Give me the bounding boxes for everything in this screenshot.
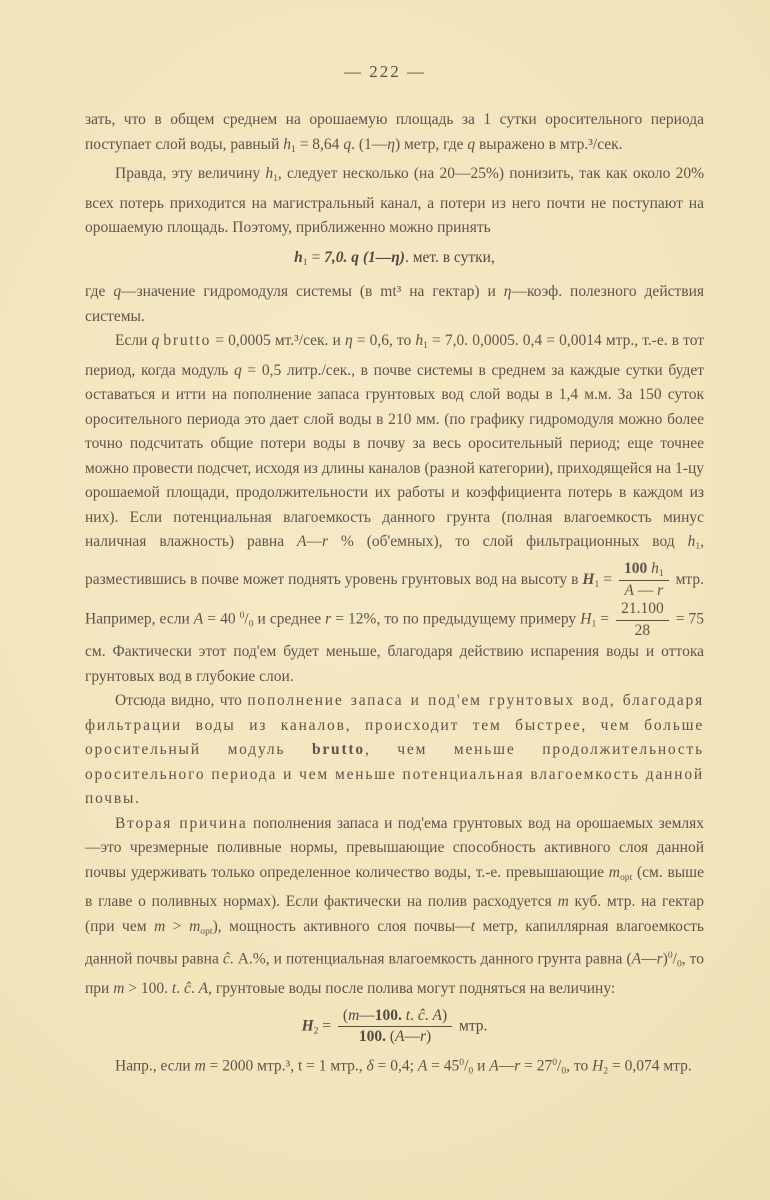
text-run: —значение гидромодуля системы (в mt³ на … xyxy=(121,283,504,300)
text-run: = 2000 мтр.³, t = 1 мтр., xyxy=(206,1057,367,1074)
fraction-denominator: 28 xyxy=(616,621,669,640)
text-run: 100 xyxy=(624,560,651,577)
paragraph: зать, что в общем среднем на орошаемую п… xyxy=(85,108,704,162)
text-run: = xyxy=(596,611,613,628)
display-formula: H2 = (m—100. t. ĉ. A)100. (A—r) мтр. xyxy=(85,1007,704,1047)
fraction-numerator: 21.100 xyxy=(616,600,669,620)
text-run: . А.%, и потенциальная влагоемкость данн… xyxy=(230,950,632,967)
text-run: h xyxy=(294,249,303,266)
text-run: . xyxy=(410,1007,418,1024)
text-run: — xyxy=(306,533,322,550)
text-run: . мет. в сутки, xyxy=(405,249,495,266)
text-run: brutto xyxy=(312,741,365,758)
text-run: Правда, эту величину xyxy=(115,165,265,182)
scanned-book-page: — 222 — зать, что в общем среднем на оро… xyxy=(0,0,770,1200)
text-run: Вторая причина xyxy=(115,815,248,832)
fraction: 21.10028 xyxy=(616,600,669,640)
fraction: 100 h1A — r xyxy=(619,560,669,601)
text-run: H xyxy=(582,571,594,588)
fraction: (m—100. t. ĉ. A)100. (A—r) xyxy=(338,1007,452,1047)
fraction-denominator: 100. (A—r) xyxy=(338,1027,452,1046)
fraction-denominator: A — r xyxy=(619,581,669,600)
text-run: h xyxy=(283,136,291,153)
text-run: = 40 xyxy=(203,611,239,628)
text-run: h xyxy=(651,560,659,577)
text-run: δ xyxy=(367,1057,374,1074)
text-run: 7,0. q (1—η) xyxy=(324,249,405,266)
text-run: , грунтовые воды после полива могут подн… xyxy=(208,980,615,997)
page-number: — 222 — xyxy=(0,0,770,82)
text-run: q xyxy=(343,136,351,153)
text-run: m xyxy=(195,1057,206,1074)
text-run: > 100. xyxy=(124,980,172,997)
text-run: выражено в мтр.³/сек. xyxy=(475,136,622,153)
paragraph: где q—значение гидромодуля системы (в mt… xyxy=(85,280,704,329)
text-run: = 12%, то по предыдущему примеру xyxy=(331,611,580,628)
text-run: = 8,64 xyxy=(296,136,344,153)
text-run: = 0,4; xyxy=(374,1057,418,1074)
text-run: . (1— xyxy=(351,136,387,153)
text-run: % (об'емных), то слой фильтрационных вод xyxy=(328,533,688,550)
text-run: A xyxy=(489,1057,498,1074)
text-run: q xyxy=(467,136,475,153)
text-run: — xyxy=(359,1007,375,1024)
text-run: H xyxy=(302,1017,314,1034)
text-run: H xyxy=(592,1057,603,1074)
text-run: > xyxy=(165,918,189,935)
text-run: ĉ xyxy=(223,950,230,967)
text-run: ( xyxy=(386,1028,395,1045)
text-run: Отсюда видно, что xyxy=(115,692,247,709)
text-run: opt xyxy=(620,872,632,883)
text-run: = 0,0005 мт.³/сек. и xyxy=(211,332,345,349)
text-run: — xyxy=(641,950,657,967)
text-run: ĉ xyxy=(418,1007,425,1024)
text-run: m xyxy=(154,918,165,935)
text-run: — xyxy=(404,1028,420,1045)
text-run: , то xyxy=(566,1057,592,1074)
text-run: brutto xyxy=(163,332,211,349)
text-run: и среднее xyxy=(254,611,326,628)
text-run: 100. xyxy=(359,1028,386,1045)
text-run: = xyxy=(599,571,616,588)
text-run: m xyxy=(113,980,124,997)
fraction-numerator: 100 h1 xyxy=(619,560,669,581)
text-run: A xyxy=(624,582,633,599)
text-run: m xyxy=(189,918,200,935)
text-run: = 0,074 мтр. xyxy=(608,1057,692,1074)
text-run: r xyxy=(657,582,663,599)
text-run: где xyxy=(85,283,113,300)
paragraph: Напр., если m = 2000 мтр.³, t = 1 мтр., … xyxy=(85,1051,704,1084)
text-run: Если xyxy=(115,332,151,349)
page-body: зать, что в общем среднем на орошаемую п… xyxy=(85,108,704,1084)
text-run: = xyxy=(308,249,325,266)
text-run: m xyxy=(348,1007,359,1024)
text-run: . xyxy=(191,980,199,997)
text-run: h xyxy=(415,332,423,349)
paragraph: Вторая причина пополнения запаса и под'е… xyxy=(85,812,704,1002)
text-run: 1 xyxy=(659,568,664,579)
text-run: = 27 xyxy=(520,1057,552,1074)
text-run: 21.100 xyxy=(621,600,664,617)
text-run: Напр., если xyxy=(115,1057,195,1074)
paragraph: Отсюда видно, что пополнение запаса и по… xyxy=(85,689,704,812)
text-run: = xyxy=(318,1017,335,1034)
text-run: m xyxy=(558,893,569,910)
display-formula: h1 = 7,0. q (1—η). мет. в сутки, xyxy=(85,246,704,276)
text-run: A xyxy=(194,611,203,628)
text-run: q xyxy=(113,283,121,300)
text-run: ), мощность активного слоя почвы— xyxy=(213,918,471,935)
fraction-numerator: (m—100. t. ĉ. A) xyxy=(338,1007,452,1027)
text-run: ) метр, где xyxy=(395,136,467,153)
text-run: A xyxy=(418,1057,427,1074)
text-run: m xyxy=(609,864,620,881)
text-run: ) xyxy=(442,1007,447,1024)
text-run: ) xyxy=(426,1028,431,1045)
text-run: ĉ xyxy=(184,980,191,997)
text-run: 28 xyxy=(635,622,651,639)
text-run: = 0,6, то xyxy=(353,332,416,349)
text-run: и xyxy=(473,1057,489,1074)
text-run: A xyxy=(199,980,208,997)
text-run: opt xyxy=(200,926,212,937)
text-run: q xyxy=(234,362,242,379)
text-run: — xyxy=(499,1057,515,1074)
paragraph: Правда, эту величину h1, следует несколь… xyxy=(85,162,704,241)
text-run: H xyxy=(580,611,591,628)
text-run: A xyxy=(433,1007,442,1024)
text-run: 100. xyxy=(375,1007,402,1024)
text-run: η xyxy=(387,136,395,153)
text-run: . xyxy=(176,980,184,997)
text-run: h xyxy=(265,165,273,182)
text-run: мтр. xyxy=(455,1017,487,1034)
text-run: = 0,5 литр./сек., в почве системы в сред… xyxy=(85,362,704,551)
text-run: = 45 xyxy=(427,1057,459,1074)
text-run: η xyxy=(345,332,353,349)
text-run: A xyxy=(632,950,641,967)
text-run: — xyxy=(634,582,657,599)
paragraph: Если q brutto = 0,0005 мт.³/сек. и η = 0… xyxy=(85,329,704,689)
text-run: . xyxy=(425,1007,433,1024)
